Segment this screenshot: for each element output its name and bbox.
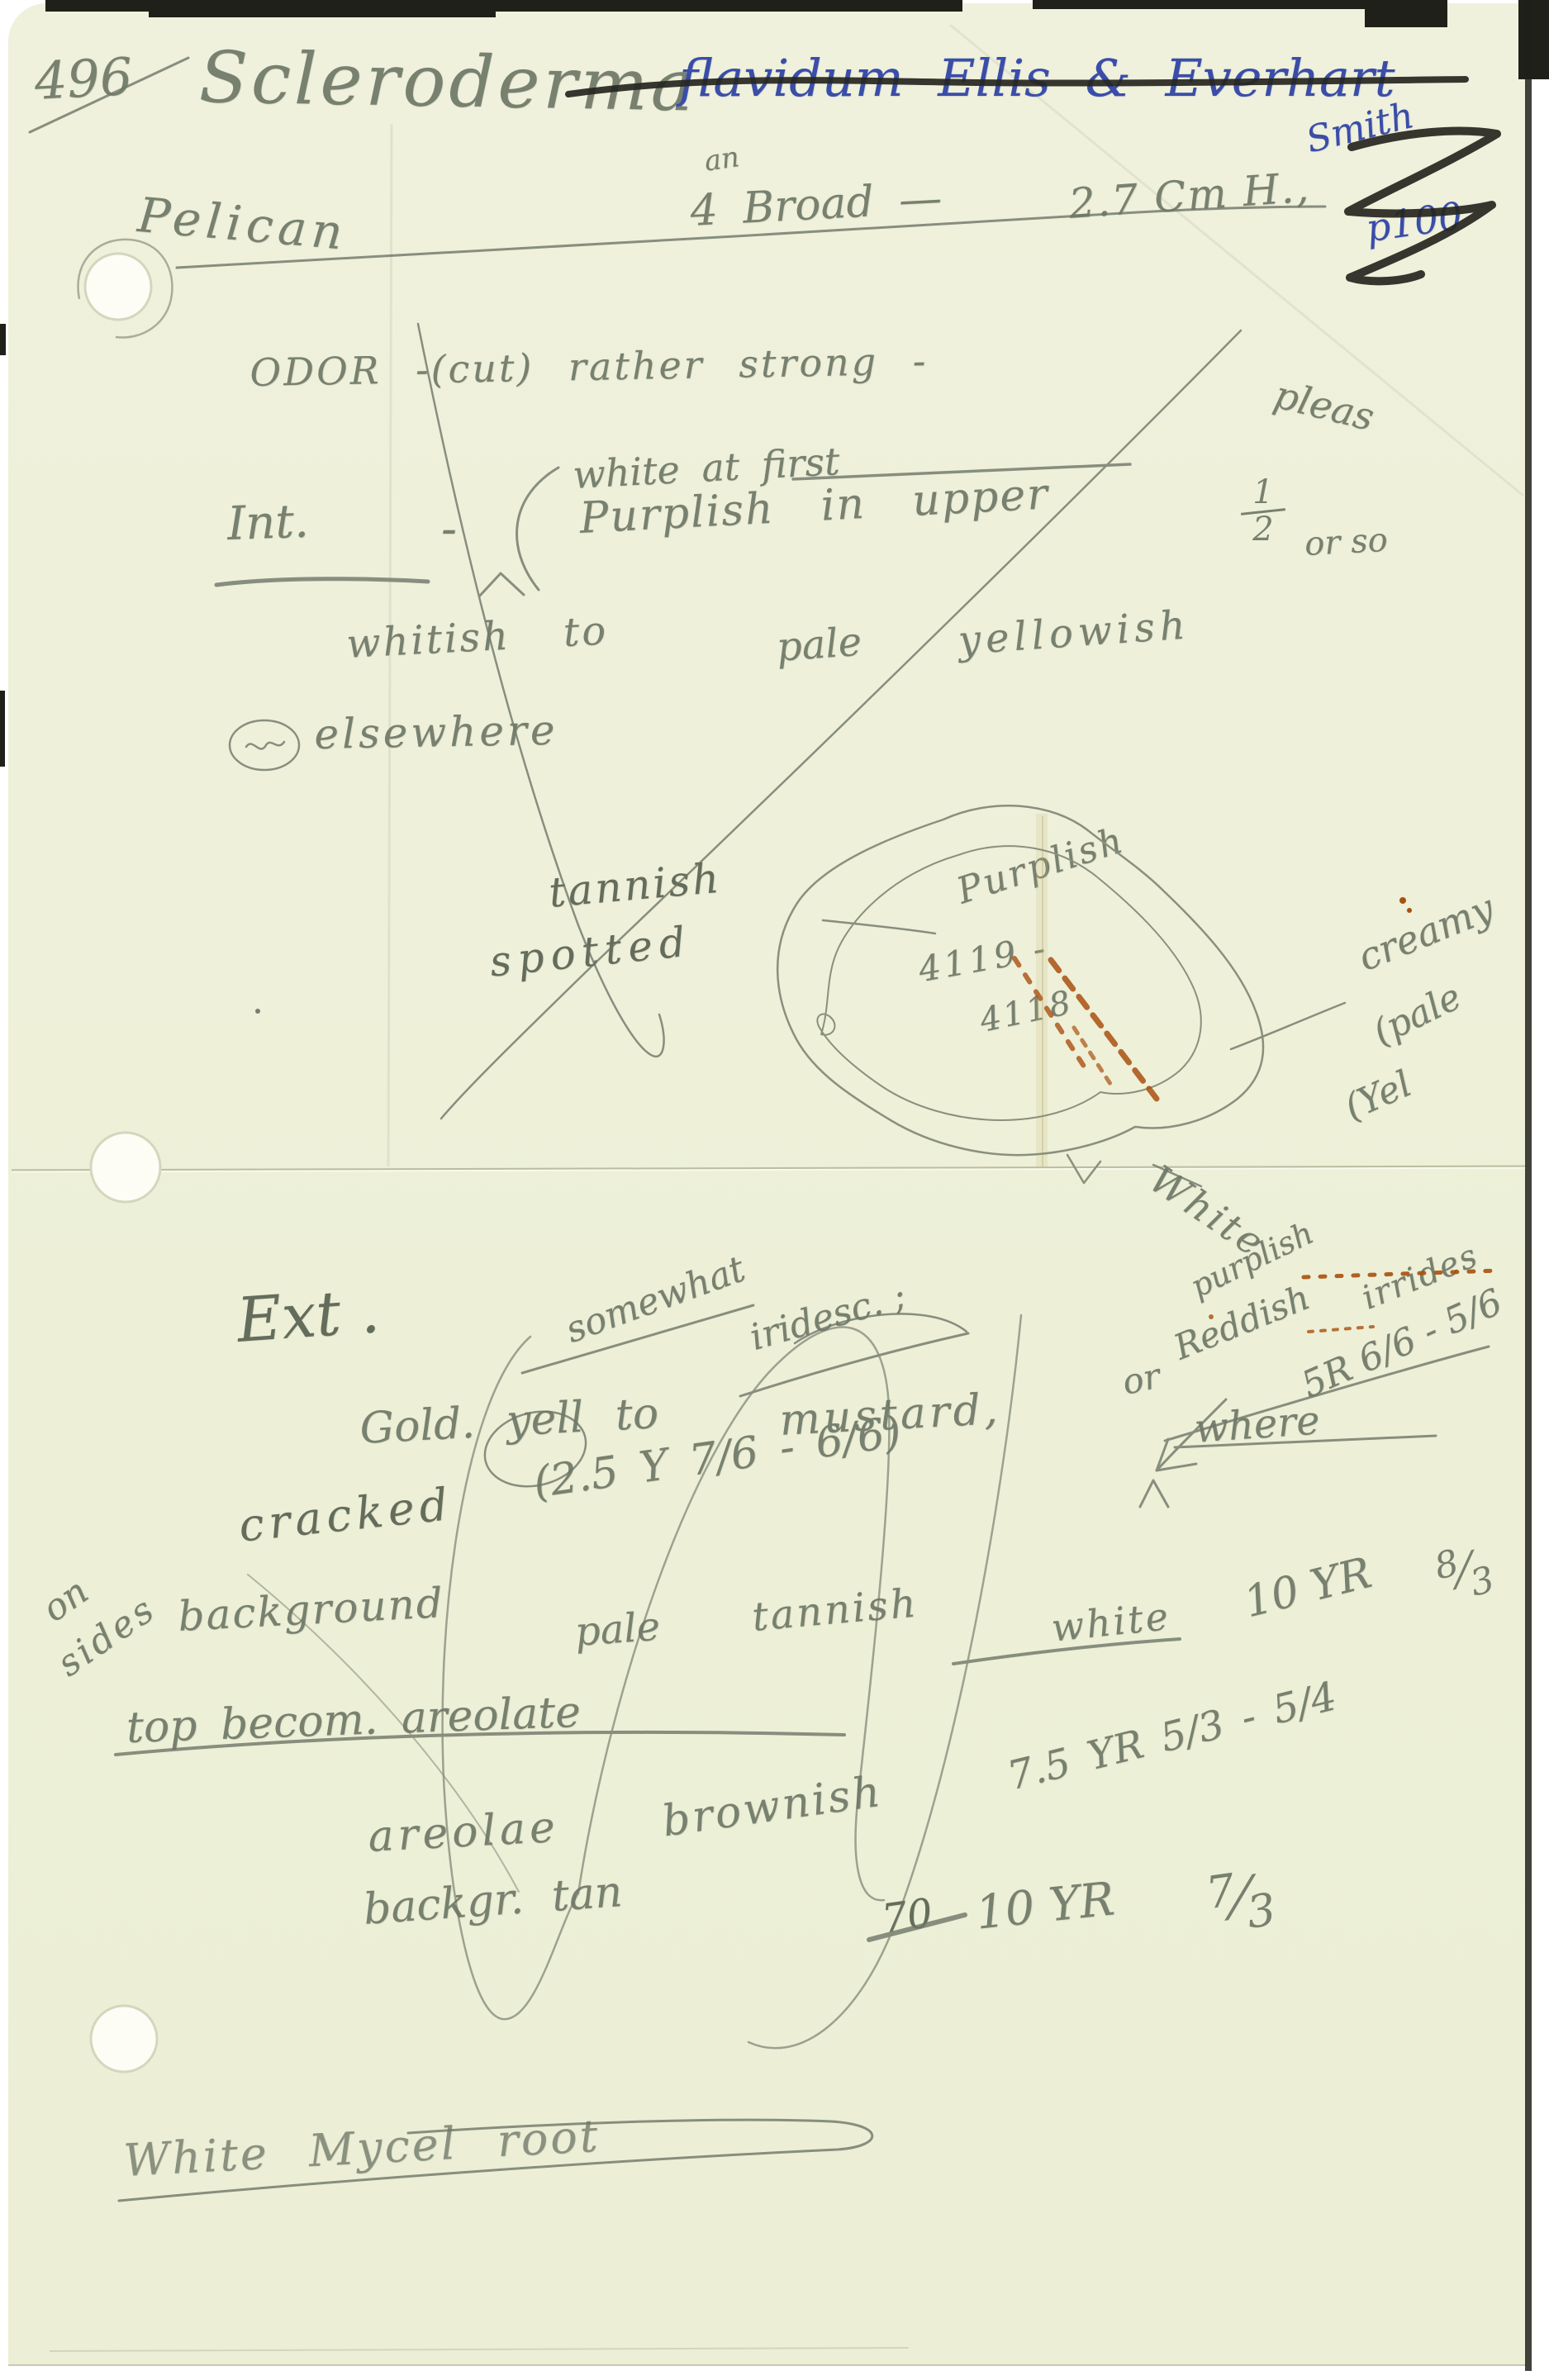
rust-dotted-line-2 — [1309, 1327, 1373, 1332]
underline-int — [216, 579, 428, 585]
scanned-note-page: 496 Scleroderma flavidum Ellis & Everhar… — [0, 0, 1549, 2380]
arrow-line — [1157, 1399, 1226, 1470]
punch-hole-middle — [91, 1133, 160, 1202]
strike-where — [1175, 1436, 1436, 1447]
rust-streak-1 — [1051, 960, 1157, 1099]
sketch-bottom-tick — [1067, 1155, 1100, 1183]
rust-speck-1 — [1399, 897, 1406, 904]
strike-through-species — [568, 79, 1466, 94]
crease-vertical-1 — [388, 124, 392, 1166]
strike-top-becoming — [116, 1732, 844, 1755]
underline-measure-line — [177, 207, 1325, 268]
caret-where — [1140, 1480, 1168, 1507]
elsewhere-circle-mark — [230, 720, 299, 770]
paren-int — [517, 468, 558, 590]
rust-streak-3 — [1074, 1028, 1110, 1084]
crossout-line-diagonal — [441, 330, 1241, 1119]
underline-iridesc — [740, 1333, 968, 1396]
punch-hole-bottom — [91, 2006, 157, 2072]
rust-dotted-line-1 — [1304, 1271, 1499, 1277]
strike-somewhat — [522, 1305, 753, 1373]
strike-footer-loop — [119, 2120, 872, 2201]
crease-bottom — [50, 2348, 909, 2351]
punch-holes — [78, 240, 172, 2072]
loop-stroke-middle — [578, 1327, 889, 1900]
strike-at-first — [793, 464, 1130, 479]
crease-diagonal — [950, 25, 1523, 496]
loop-stroke-left — [443, 1337, 578, 2019]
pencil-speck — [255, 1009, 260, 1014]
crossout-line-steep — [418, 324, 664, 1057]
circle-around-yell — [477, 1401, 594, 1496]
strike-white-sides — [953, 1639, 1180, 1664]
leader-tannish — [823, 920, 935, 933]
rust-speck-3 — [1209, 1314, 1214, 1319]
strike-number-70 — [869, 1915, 965, 1940]
strike-number — [30, 58, 188, 132]
pencil-marks-layer — [0, 0, 1549, 2380]
leader-creamy — [1231, 1003, 1345, 1049]
elsewhere-squiggle — [246, 742, 284, 749]
black-zigzag-scribble — [1348, 131, 1497, 282]
caret-int — [479, 573, 524, 596]
swoosh-reddish — [1165, 1347, 1489, 1441]
rust-streak-2 — [1014, 958, 1089, 1074]
rust-speck-2 — [1407, 908, 1412, 913]
punch-hole-top — [85, 254, 151, 320]
leader-white — [1153, 1165, 1201, 1186]
